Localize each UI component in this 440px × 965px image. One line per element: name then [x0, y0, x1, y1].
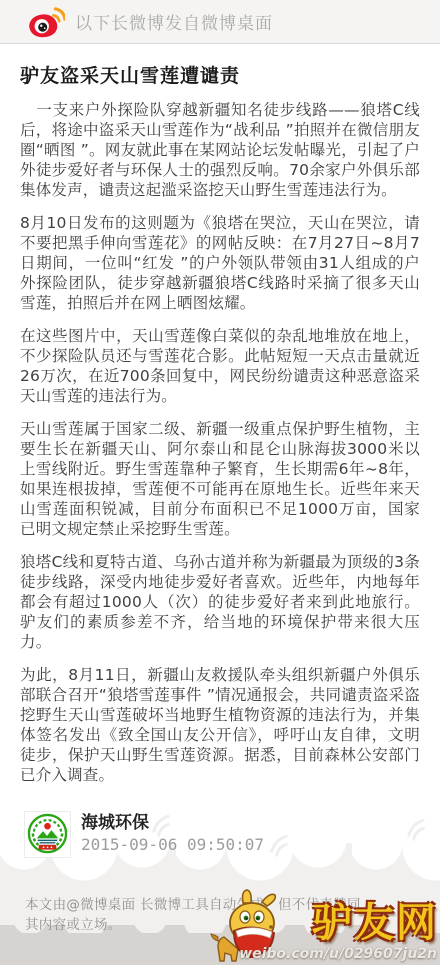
site-watermark: 驴友网 weibo.com/u/029607ju2n: [270, 889, 440, 965]
article: 驴友盗采天山雪莲遭谴责 一支来户外探险队穿越新疆知名徒步线路——狼塔C线后，将途…: [0, 44, 440, 798]
topbar: 以下长微博发自微博桌面: [0, 0, 440, 44]
author-datetime: 2015-09-06 09:50:07: [81, 834, 264, 856]
article-paragraph: 为此，8月11日，新疆山友救援队牵头组织新疆户外俱乐部联合召开“狼塔雪莲事件 ”…: [20, 665, 420, 785]
article-paragraph: 一支来户外探险队穿越新疆知名徒步线路——狼塔C线后，将途中盗采天山雪莲作为“战利…: [20, 100, 420, 200]
author-avatar: [24, 811, 71, 858]
author-name: 海城环保: [81, 812, 264, 834]
author-block: 海城环保 2015-09-06 09:50:07: [24, 811, 264, 858]
watermark-site-name: 驴友网: [312, 891, 438, 948]
article-title: 驴友盗采天山雪莲遭谴责: [20, 61, 420, 88]
article-paragraph: 在这些图片中，天山雪莲像白菜似的杂乱地堆放在地上，不少探险队员还与雪莲花合影。此…: [20, 326, 420, 406]
article-paragraph: 8月10日发布的这则题为《狼塔在哭泣，天山在哭泣，请不要把黑手伸向雪莲花》的网帖…: [20, 213, 420, 313]
weibo-logo-icon: [27, 6, 65, 38]
environment-emblem-icon: [25, 812, 70, 857]
article-paragraph: 天山雪莲属于国家二级、新疆一级重点保护野生植物，主要生长在新疆天山、阿尔泰山和昆…: [20, 419, 420, 539]
article-paragraph: 狼塔C线和夏特古道、乌孙古道并称为新疆最为顶级的3条徒步线路，深受内地徒步爱好者…: [20, 552, 420, 652]
watermark-url: weibo.com/u/029607ju2n: [239, 946, 437, 962]
topbar-label: 以下长微博发自微博桌面: [75, 9, 273, 34]
